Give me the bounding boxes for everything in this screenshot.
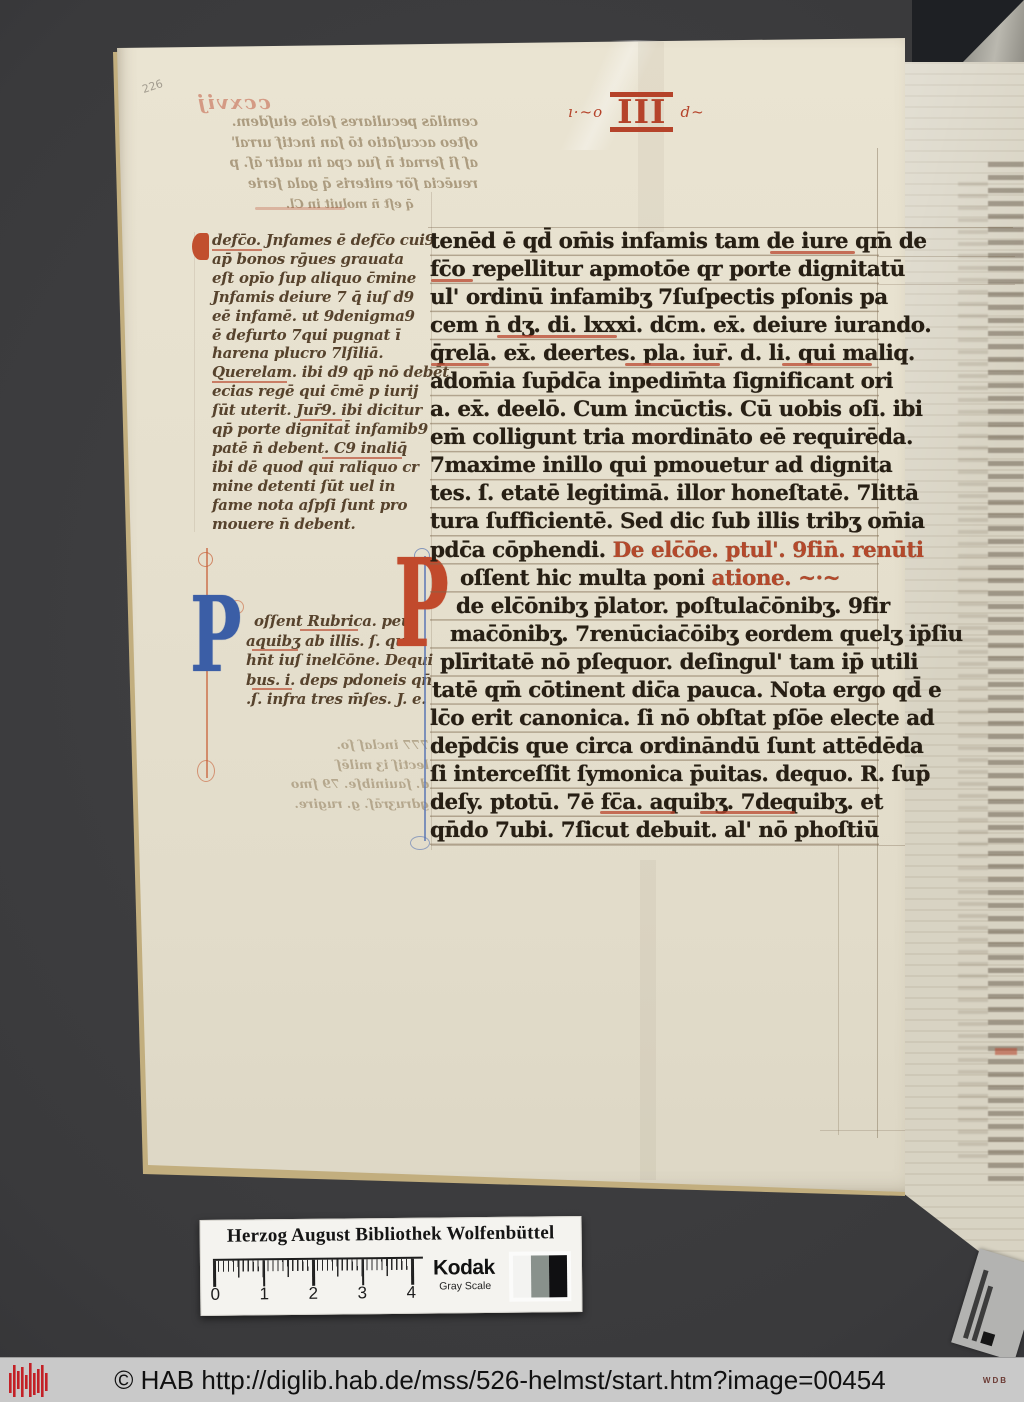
shelfmark-label <box>951 1248 1024 1361</box>
red-underline <box>497 335 617 338</box>
reference-card: Herzog August Bibliothek Wolfenbüttel 01… <box>200 1216 583 1316</box>
red-underline <box>252 649 298 651</box>
watermark-text: WDB <box>983 1376 1008 1385</box>
text-line: 3 <box>351 1283 373 1303</box>
flourish-right: d~ <box>680 103 704 121</box>
red-underline <box>300 629 358 631</box>
flourish-left: ı·~o <box>568 103 603 121</box>
text-line: eſt opīo ſup aliquo c̄mine <box>212 269 444 288</box>
text-line: reuēcia ſōr eniteris q̄ gala ſerie <box>222 174 478 195</box>
text-line: d. ſauinibſe. 79 ſmo <box>233 774 429 794</box>
text-line: tes. ſ. etatē legitimā. illor honeſtatē.… <box>430 480 879 508</box>
red-underline <box>600 811 675 814</box>
text-line: qp̄ porte dignitat̄ infamib9 <box>212 420 444 439</box>
red-paraph-mark <box>192 233 209 260</box>
text-line: Jnfamis deiure 7 q̄ iuſ d9 <box>212 288 444 307</box>
text-line: ap̄ bonos rḡues grauata <box>212 250 444 269</box>
red-underline <box>212 249 262 251</box>
library-name: Herzog August Bibliothek Wolfenbüttel <box>201 1222 581 1248</box>
illuminated-initial-blue: P <box>190 596 242 674</box>
plastic-sheet-corner <box>912 0 1024 66</box>
patch-black <box>549 1255 567 1297</box>
red-underline <box>431 363 489 366</box>
red-underline <box>252 688 292 690</box>
text-line: 7maxime inillo qui pmouetur ad dignita <box>430 452 879 480</box>
ruler-tick <box>213 1261 216 1287</box>
ruling-line <box>838 845 839 1135</box>
text-line: adom̄ia ſup̄dc̄a inpedim̄ta ſignificant … <box>430 368 879 396</box>
text-line: ſi interceſſit ſymonica p̄uitas. dequo. … <box>430 761 879 789</box>
cm-ruler: 01234 <box>213 1257 423 1307</box>
text-line: ē defurto 7qui pugnat ī <box>212 326 444 345</box>
text-line: aſ ſi ſernat n̄ ſua cpa in uatir āſ. p <box>222 153 478 174</box>
ruler-tick <box>411 1259 414 1285</box>
blue-penwork <box>410 836 430 850</box>
red-underline <box>300 419 342 421</box>
text-line: plīritatē nō pſequor. deſingul' tam ip̄ … <box>430 649 879 677</box>
text-line: gdruʒrāſ. g. rugire. <box>233 794 429 814</box>
ruler-tick <box>361 1259 364 1285</box>
text-line: pdc̄a cōphendi. De elc̄ōe. ptul'. 9fin̄.… <box>430 537 879 565</box>
text-line: tatē qm̄ cōtinent dic̄a pauca. Nota ergo… <box>430 677 879 705</box>
gray-scale-label: Gray Scale <box>439 1280 491 1293</box>
patch-gray <box>531 1255 549 1297</box>
text-line: 2 <box>302 1284 324 1304</box>
label-mark <box>980 1331 995 1346</box>
text-line: tura ſufficientē. Sed dic ſub illis trib… <box>430 508 879 536</box>
showthrough-text-top: cemilās peculiares ſelōs eiuſdem.oſteo a… <box>222 112 478 215</box>
ghost-text-band <box>958 182 988 1162</box>
gray-scale-patch <box>509 1251 572 1302</box>
quire-numeral: ı·~o III d~ <box>568 92 705 132</box>
text-line: ecias regē qui c̄mē p iurij <box>212 382 444 401</box>
ruler-tick <box>262 1260 265 1286</box>
text-line: fame nota aſpſi ſunt pro <box>212 496 444 515</box>
roman-numeral: III <box>610 92 673 132</box>
kodak-label: Kodak <box>433 1256 495 1281</box>
text-line: 4 <box>400 1283 422 1303</box>
red-underline <box>770 251 855 254</box>
text-line: lc̄o erit canonica. ſi nō obſtat pſōe el… <box>430 705 879 733</box>
text-line: eē infamē. ut 9denigma9 <box>212 307 444 326</box>
text-line: dep̄dc̄is que circa ordināndū ſunt attēd… <box>430 733 879 761</box>
folio-number-showthrough: ccxvij <box>196 90 271 114</box>
ruler-tick <box>312 1260 315 1286</box>
text-line: q̄ eſt n̄ moluit in Cl. <box>222 194 478 215</box>
manuscript-photo: 226 ccxvij cemilās peculiares ſelōs eiuſ… <box>0 0 1024 1402</box>
text-line: mac̄ōnibʒ. 7renūciac̄ōibʒ eordem quelʒ i… <box>430 621 879 649</box>
patch-white <box>513 1256 531 1298</box>
text-line: oſſent hic multa poni atione. ~·~ <box>430 565 879 593</box>
sheet-highlight <box>912 0 1024 66</box>
crease <box>638 42 664 232</box>
showthrough-text-mid: 777 inclaſ ſo.lectiſ iʒ milēſd. ſauinibſ… <box>233 735 429 813</box>
text-line: Querelam. ibi d9 qp̄ nō debēt <box>212 363 444 382</box>
red-penwork <box>198 552 213 567</box>
text-line: ſūt uterit. Jur̄9. ibi dicitur <box>212 401 444 420</box>
text-line: de elc̄ōnibʒ p̄lator. poſtulac̄ōnibʒ. 9f… <box>430 593 879 621</box>
text-line: defc̄o. Jnfames ē defc̄o cui9 <box>212 231 444 250</box>
copyright-url: © HAB http://diglib.hab.de/mss/526-helms… <box>0 1358 1000 1402</box>
text-line: oſteo accuſatio tō ſan inctif urral' <box>222 133 478 154</box>
text-line: 0 <box>204 1285 226 1305</box>
red-underline <box>625 363 720 366</box>
text-line: fc̄o repellitur apmotōe qr porte dignita… <box>430 256 879 284</box>
text-line: harena plucro 7lſiliā. <box>212 344 444 363</box>
text-line: qn̄do 7ubi. 7ſicut debuit. al' nō phoſti… <box>430 817 879 845</box>
ghost-rubric-mark <box>995 1048 1017 1055</box>
red-underline <box>431 279 473 282</box>
ruling-line <box>194 232 195 532</box>
footer-bar: © HAB http://diglib.hab.de/mss/526-helms… <box>0 1357 1024 1402</box>
text-line: em̄ colligunt tria mordināto eē requirēd… <box>430 424 879 452</box>
text-line: patē n̄ debent. C9 inaliq̄ <box>212 439 444 458</box>
ruling-line <box>431 845 905 846</box>
text-line: cemilās peculiares ſelōs eiuſdem. <box>222 112 478 133</box>
text-line: ul' ordinū infamibʒ 7ſuſpectis pſonis pa <box>430 284 879 312</box>
red-underline <box>782 363 872 366</box>
red-underline <box>212 381 287 383</box>
text-line: 777 inclaſ ſo. <box>233 735 429 755</box>
red-underline <box>322 457 402 459</box>
text-line: 1 <box>253 1284 275 1304</box>
text-line: lectiſ iʒ milēſ <box>233 755 429 775</box>
red-underline <box>700 811 795 814</box>
red-underline <box>255 207 345 210</box>
crease <box>640 860 656 1180</box>
ruling-line <box>820 1130 905 1131</box>
red-penwork <box>197 760 215 782</box>
ruling-line <box>877 284 1015 285</box>
text-line: .ſ. infra tres m̄ſes. J. e. <box>246 690 442 710</box>
ghost-text-band <box>988 162 1024 1182</box>
text-line: a. ex̄. deelō. Cum incūctis. Cū uobis oſ… <box>430 396 879 424</box>
ruler-numbers: 01234 <box>213 1259 423 1261</box>
text-line: mine detenti ſūt uel in <box>212 477 444 496</box>
main-text-column: tenēd ē qd̄ om̄is infamis tam de iure qm… <box>430 228 879 845</box>
text-line: ibi dē quod qui raliquo cr <box>212 458 444 477</box>
